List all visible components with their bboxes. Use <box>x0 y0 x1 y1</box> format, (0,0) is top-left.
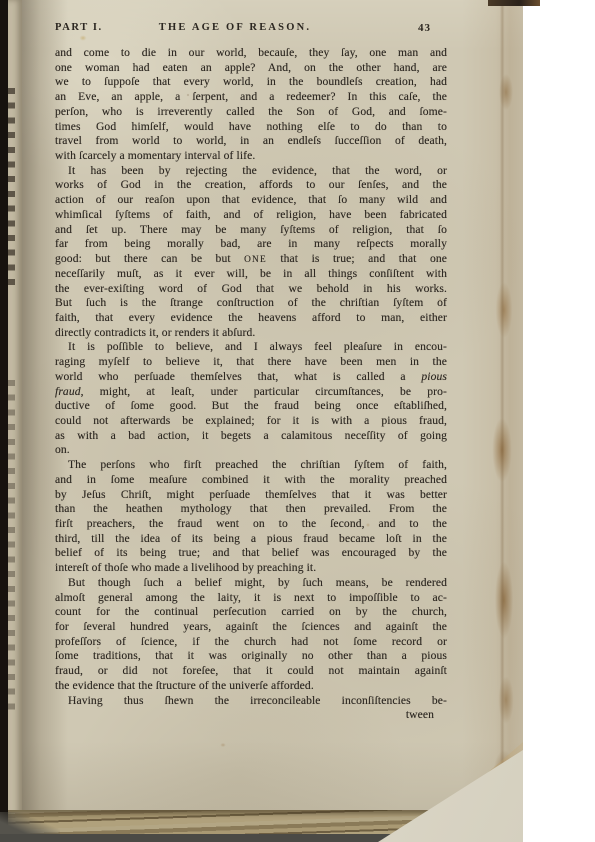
text-segment: the evidence that the ſtructure of the u… <box>55 679 314 692</box>
text-segment: an Eve, an apple, a ſerpent, and a redee… <box>55 90 447 103</box>
text-line: intereſt of thoſe who made a livelihood … <box>55 561 447 576</box>
text-line: faith, that every evidence the heavens a… <box>55 311 447 326</box>
text-line: we to ſuppoſe that every world, in the b… <box>55 75 447 90</box>
text-line: could not afterwards be explained; for i… <box>55 414 447 429</box>
header-title: THE AGE OF REASON. <box>159 22 311 34</box>
text-line: and ſet up. There may be many ſyſtems of… <box>55 223 447 238</box>
text-segment: than the heathen mythology that then pre… <box>55 502 447 515</box>
text-line: almoſt general among the laity, it is ne… <box>55 591 447 606</box>
text-line: But ſuch is the ſtrange conſtruction of … <box>55 296 447 311</box>
text-line: ſome traditions, that it was originally … <box>55 649 447 664</box>
text-line: an Eve, an apple, a ſerpent, and a redee… <box>55 90 447 105</box>
text-line: perſon, who is irreverently called the S… <box>55 105 447 120</box>
text-line: But though ſuch a belief might, by ſuch … <box>55 576 447 591</box>
text-segment: we to ſuppoſe that every world, in the b… <box>55 75 447 88</box>
running-header: PART I. THE AGE OF REASON. 43 <box>55 22 447 34</box>
text-segment: almoſt general among the laity, it is ne… <box>55 591 447 604</box>
text-segment: directly contradicts it, or renders it a… <box>55 326 255 339</box>
scanned-book-page: PART I. THE AGE OF REASON. 43 and come t… <box>0 0 595 842</box>
text-segment: perſon, who is irreverently called the S… <box>55 105 447 118</box>
text-segment: But though ſuch a belief might, by ſuch … <box>68 576 447 589</box>
text-segment: belief of its being true; and that belie… <box>55 546 447 559</box>
catchword: tween <box>55 708 447 723</box>
text-segment: raging myſelf to believe it, that there … <box>55 355 447 368</box>
header-part-label: PART I. <box>55 22 103 34</box>
text-segment: third, till the idea of its being a piou… <box>55 532 447 545</box>
text-line: world who perſuade themſelves that, what… <box>55 370 447 385</box>
text-line: works of God in the creation, affords to… <box>55 178 447 193</box>
text-segment: neceſſarily muſt, as it ever will, be in… <box>55 267 447 280</box>
text-segment: that is true; and that one <box>267 252 447 265</box>
text-segment: good: but there can be but <box>55 252 244 265</box>
text-line: fraud, might, at leaſt, under particular… <box>55 385 447 400</box>
text-segment: works of God in the creation, affords to… <box>55 178 447 191</box>
facing-page-text-fragments <box>8 380 15 710</box>
text-line: action of our reaſon upon that evidence,… <box>55 193 447 208</box>
text-line: than the heathen mythology that then pre… <box>55 502 447 517</box>
page-body-text: and come to die in our world, becauſe, t… <box>55 46 447 723</box>
header-page-number: 43 <box>418 22 447 34</box>
binding-edge-mark <box>488 0 540 6</box>
text-line: raging myſelf to believe it, that there … <box>55 355 447 370</box>
text-segment: fraud, or did not foreſee, that it could… <box>55 664 447 677</box>
text-segment: profeſſors of ſcience, if the church had… <box>55 635 447 648</box>
text-segment: whimſical ſyſtems of faith, and of relig… <box>55 208 447 221</box>
italic-text: fraud <box>55 385 81 398</box>
text-line: as with a bad action, it begets a calami… <box>55 429 447 444</box>
scan-left-black-strip <box>0 0 8 842</box>
text-line: by Jeſus Chriſt, might perſuade themſelv… <box>55 488 447 503</box>
text-segment: ſome traditions, that it was originally … <box>55 649 447 662</box>
text-segment: on. <box>55 443 70 456</box>
text-line: The perſons who firſt preached the chriſ… <box>55 458 447 473</box>
text-line: Having thus ſhewn the irreconcileable in… <box>55 694 447 709</box>
facing-page-sliver <box>8 0 22 842</box>
text-segment: firſt preachers, the fraud went on to th… <box>55 517 447 530</box>
text-segment: and come to die in our world, becauſe, t… <box>55 46 447 59</box>
text-segment: could not afterwards be explained; for i… <box>55 414 447 427</box>
text-line: on. <box>55 443 447 458</box>
text-line: count for the continual perſecution carr… <box>55 605 447 620</box>
text-segment: by Jeſus Chriſt, might perſuade themſelv… <box>55 488 447 501</box>
text-line: one woman had eaten an apple? And, on th… <box>55 61 447 76</box>
text-line: and come to die in our world, becauſe, t… <box>55 46 447 61</box>
text-segment: for ſeveral hundred years, againſt the ſ… <box>55 620 447 633</box>
text-segment: It is poſſible to believe, and I always … <box>68 340 447 353</box>
text-line: firſt preachers, the fraud went on to th… <box>55 517 447 532</box>
text-segment: action of our reaſon upon that evidence,… <box>55 193 447 206</box>
text-segment: ductive of ſome good. But the fraud bein… <box>55 399 447 412</box>
small-caps-text: ONE <box>244 255 267 265</box>
text-line: and in ſome meaſure combined it with the… <box>55 473 447 488</box>
bottom-page-edges <box>8 810 460 836</box>
text-line: fraud, or did not foreſee, that it could… <box>55 664 447 679</box>
facing-page-text-fragments <box>8 88 15 293</box>
text-segment: Having thus ſhewn the irreconcileable in… <box>68 694 447 707</box>
text-segment: far from being morally bad, are in many … <box>55 237 447 250</box>
text-segment: the ever-exiſting word of God that we be… <box>55 282 447 295</box>
text-line: It has been by rejecting the evidence, t… <box>55 164 447 179</box>
text-line: belief of its being true; and that belie… <box>55 546 447 561</box>
text-line: third, till the idea of its being a piou… <box>55 532 447 547</box>
text-segment: , might, at leaſt, under particular circ… <box>81 385 447 398</box>
text-line: far from being morally bad, are in many … <box>55 237 447 252</box>
text-segment: as with a bad action, it begets a calami… <box>55 429 447 442</box>
text-segment: But ſuch is the ſtrange conſtruction of … <box>55 296 447 309</box>
text-segment: faith, that every evidence the heavens a… <box>55 311 447 324</box>
text-line: the ever-exiſting word of God that we be… <box>55 282 447 297</box>
text-segment: intereſt of thoſe who made a livelihood … <box>55 561 316 574</box>
text-segment: with ſcarcely a momentary interval of li… <box>55 149 255 162</box>
italic-text: pious <box>421 370 447 383</box>
text-line: times God himſelf, would have nothing el… <box>55 120 447 135</box>
text-line: directly contradicts it, or renders it a… <box>55 326 447 341</box>
text-line: profeſſors of ſcience, if the church had… <box>55 635 447 650</box>
text-segment: times God himſelf, would have nothing el… <box>55 120 447 133</box>
text-line: good: but there can be but ONE that is t… <box>55 252 447 267</box>
text-segment: The perſons who firſt preached the chriſ… <box>68 458 447 471</box>
text-segment: one woman had eaten an apple? And, on th… <box>55 61 447 74</box>
text-line: with ſcarcely a momentary interval of li… <box>55 149 447 164</box>
text-line: neceſſarily muſt, as it ever will, be in… <box>55 267 447 282</box>
text-segment: and ſet up. There may be many ſyſtems of… <box>55 223 447 236</box>
text-segment: and in ſome meaſure combined it with the… <box>55 473 447 486</box>
text-segment: It has been by rejecting the evidence, t… <box>68 164 447 177</box>
text-line: It is poſſible to believe, and I always … <box>55 340 447 355</box>
text-line: travel from world to world, in an endleſ… <box>55 134 447 149</box>
text-segment: count for the continual perſecution carr… <box>55 605 447 618</box>
text-line: the evidence that the ſtructure of the u… <box>55 679 447 694</box>
text-line: whimſical ſyſtems of faith, and of relig… <box>55 208 447 223</box>
text-segment: world who perſuade themſelves that, what… <box>55 370 421 383</box>
text-line: ductive of ſome good. But the fraud bein… <box>55 399 447 414</box>
text-segment: travel from world to world, in an endleſ… <box>55 134 447 147</box>
text-line: for ſeveral hundred years, againſt the ſ… <box>55 620 447 635</box>
